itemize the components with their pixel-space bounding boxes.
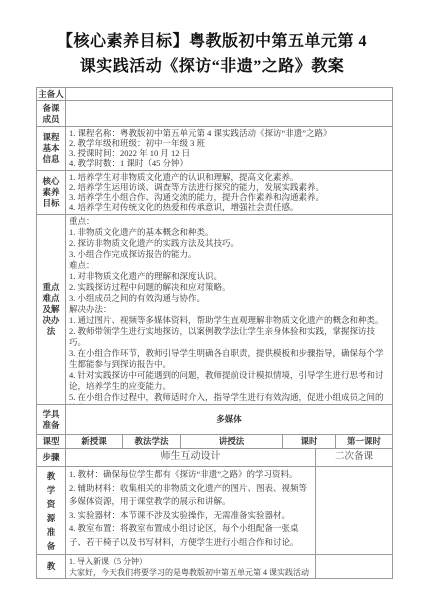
prep-members-header: 备课 成员 (37, 101, 66, 127)
core-goals-header: 核心 素养 目标 (37, 171, 66, 215)
table-row-teaching-resources: 教 学 资 源 准 备 1. 教材：确保每位学生都有《探访“非遗”之路》的学习资… (37, 467, 393, 555)
teaching-process-content: 1. 导入新课（5 分钟） 大家好，今天我们将要学习的是粤教版初中第五单元第 4… (66, 555, 316, 579)
table-row-course-info: 课程 基本 信息 1. 课程名称：粤教版初中第五单元第 4 课实践活动《探访“非… (37, 127, 393, 171)
period-value: 第一课时 (336, 435, 393, 449)
secondary-prep-header: 二次备课 (316, 449, 393, 467)
table-row-teaching-process: 教 1. 导入新课（5 分钟） 大家好，今天我们将要学习的是粤教版初中第五单元第… (37, 555, 393, 579)
lead-preparer-header: 主备人 (37, 88, 66, 101)
teaching-process-secondary (316, 555, 393, 579)
table-row-lead-preparer: 主备人 (37, 88, 393, 101)
teaching-resources-content: 1. 教材：确保每位学生都有《探访“非遗”之路》的学习资料。 2. 辅助材料：收… (66, 467, 316, 555)
title-line-2: 课实践活动《探访“非遗”之路》教案 (0, 54, 424, 79)
key-points-content: 重点： 1. 非物质文化遗产的基本概念和种类。 2. 探访非物质文化遗产的实践方… (66, 215, 393, 405)
document-page: 【核心素养目标】粤教版初中第五单元第 4 课实践活动《探访“非遗”之路》教案 主… (0, 0, 424, 600)
lesson-plan-table: 主备人 备课 成员 课程 基本 信息 1. 课程名称：粤教版初中第五单元第 4 … (36, 87, 393, 579)
prep-members-value (66, 101, 393, 127)
tools-prep-value: 多媒体 (66, 405, 393, 435)
key-points-header: 重点 难点 及解 决办 法 (37, 215, 66, 405)
teaching-method-value: 讲授法 (181, 435, 283, 449)
course-type-header: 课型 (37, 435, 66, 449)
teaching-resources-secondary (316, 467, 393, 555)
table-row-steps-header: 步骤 师生互动设计 二次备课 (37, 449, 393, 467)
steps-header: 步骤 (37, 449, 66, 467)
course-info-content: 1. 课程名称：粤教版初中第五单元第 4 课实践活动《探访“非遗”之路》 2. … (66, 127, 393, 171)
title-line-1: 【核心素养目标】粤教版初中第五单元第 4 (0, 29, 424, 54)
table-row-core-goals: 核心 素养 目标 1. 培养学生对非物质文化遗产的认识和理解，提高文化素养。 2… (37, 171, 393, 215)
period-header: 课时 (283, 435, 336, 449)
tools-prep-header: 学具 准备 (37, 405, 66, 435)
page-title: 【核心素养目标】粤教版初中第五单元第 4 课实践活动《探访“非遗”之路》教案 (0, 29, 424, 79)
teaching-process-header: 教 (37, 555, 66, 579)
course-info-header: 课程 基本 信息 (37, 127, 66, 171)
interaction-design-header: 师生互动设计 (66, 449, 316, 467)
table-row-key-points: 重点 难点 及解 决办 法 重点： 1. 非物质文化遗产的基本概念和种类。 2.… (37, 215, 393, 405)
table-row-course-type: 课型 新授课 教法学法 讲授法 课时 第一课时 (37, 435, 393, 449)
table-row-prep-members: 备课 成员 (37, 101, 393, 127)
lead-preparer-value (66, 88, 393, 101)
core-goals-content: 1. 培养学生对非物质文化遗产的认识和理解，提高文化素养。 2. 培养学生运用访… (66, 171, 393, 215)
teaching-resources-header: 教 学 资 源 准 备 (37, 467, 66, 555)
course-type-value: 新授课 (66, 435, 123, 449)
table-row-tools-prep: 学具 准备 多媒体 (37, 405, 393, 435)
teaching-method-header: 教法学法 (123, 435, 181, 449)
